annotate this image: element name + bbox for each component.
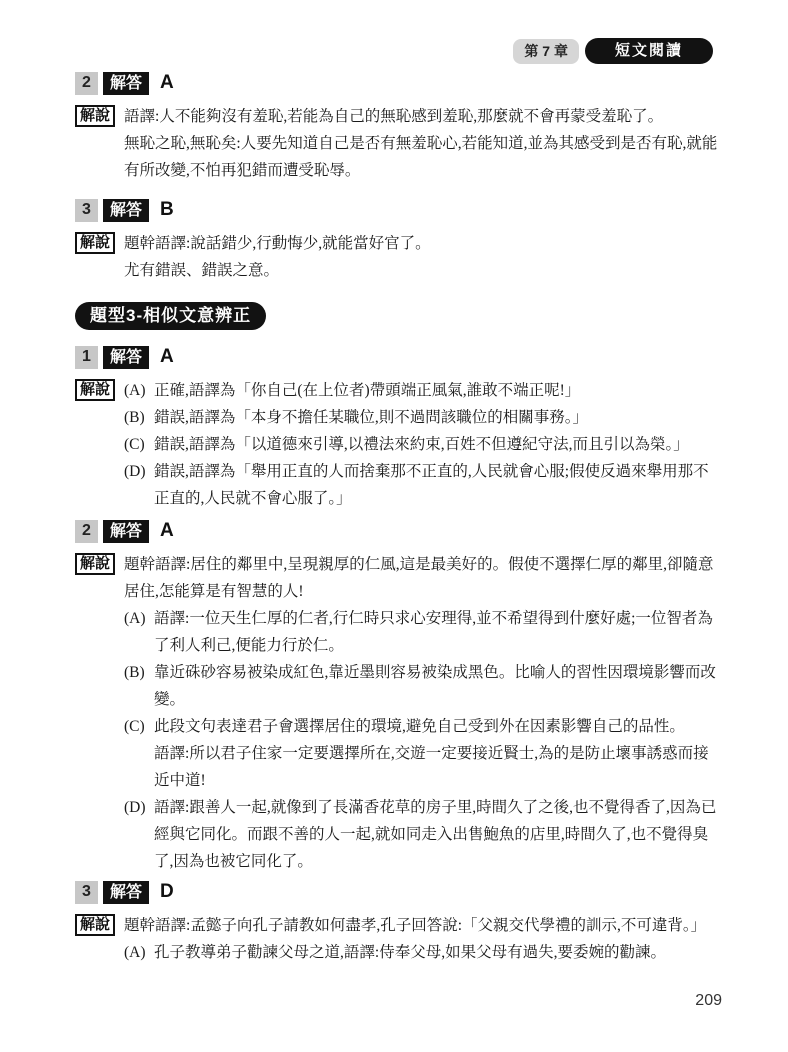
paragraph: 無恥之恥,無恥矣:人要先知道自己是否有無羞恥心,若能知道,並為其感受到是否有恥,… [124,130,718,184]
type3-question-2-explanation: 解說 題幹語譯:居住的鄰里中,呈現親厚的仁風,這是最美好的。假使不選擇仁厚的鄰里… [75,551,718,875]
paragraph: 尤有錯誤、錯誤之意。 [124,257,718,284]
option-text: 語譯:一位天生仁厚的仁者,行仁時只求心安理得,並不希望得到什麼好處;一位智者為了… [154,610,713,654]
option-a: (A)孔子教導弟子勸諫父母之道,語譯:侍奉父母,如果父母有過失,要委婉的勸諫。 [124,939,718,966]
type3-question-3-explanation: 解說 題幹語譯:孟懿子向孔子請教如何盡孝,孔子回答說:「父親交代學禮的訓示,不可… [75,912,718,966]
question-2-explanation: 解說 語譯:人不能夠沒有羞恥,若能為自己的無恥感到羞恥,那麼就不會再蒙受羞恥了。… [75,103,718,184]
option-marker: (C) [124,713,154,740]
option-marker: (D) [124,458,154,485]
stem-translation: 題幹語譯:居住的鄰里中,呈現親厚的仁風,這是最美好的。假使不選擇仁厚的鄰里,卻隨… [124,551,718,605]
answer-label-badge: 解答 [103,72,149,95]
option-marker: (A) [124,605,154,632]
answer-letter: A [160,346,174,368]
option-c-sub-translation: 語譯:所以君子住家一定要選擇所在,交遊一定要接近賢士,為的是防止壞事誘惑而接近中… [124,740,718,794]
option-marker: (A) [124,939,154,966]
answer-letter: D [160,881,174,903]
answer-letter: B [160,199,174,221]
question-number-badge: 2 [75,520,98,543]
explanation-label: 解說 [75,553,115,575]
option-text: 靠近硃砂容易被染成紅色,靠近墨則容易被染成黑色。比喻人的習性因環境影響而改變。 [154,664,716,708]
option-marker: (D) [124,794,154,821]
question-number-badge: 3 [75,881,98,904]
option-marker: (B) [124,404,154,431]
question-2-answer-row: 2 解答 A [75,71,718,95]
question-number-badge: 1 [75,346,98,369]
question-3-explanation: 解說 題幹語譯:說話錯少,行動悔少,就能當好官了。 尤有錯誤、錯誤之意。 [75,230,718,284]
answer-label-badge: 解答 [103,199,149,222]
option-b: (B)錯誤,語譯為「本身不擔任某職位,則不過問該職位的相關事務。」 [124,404,718,431]
option-marker: (A) [124,377,154,404]
option-text: 錯誤,語譯為「舉用正直的人而捨棄那不正直的,人民就會心服;假使反過來舉用那不正直… [154,463,709,507]
question-number-badge: 3 [75,199,98,222]
answer-label-badge: 解答 [103,520,149,543]
explanation-label: 解說 [75,379,115,401]
option-b: (B)靠近硃砂容易被染成紅色,靠近墨則容易被染成黑色。比喻人的習性因環境影響而改… [124,659,718,713]
answer-label-badge: 解答 [103,346,149,369]
option-text: 語譯:跟善人一起,就像到了長滿香花草的房子里,時間久了之後,也不覺得香了,因為已… [154,799,716,870]
question-number-badge: 2 [75,72,98,95]
explanation-text: 題幹語譯:說話錯少,行動悔少,就能當好官了。 尤有錯誤、錯誤之意。 [124,230,718,284]
type3-question-1-answer-row: 1 解答 A [75,345,718,369]
explanation-label: 解說 [75,914,115,936]
answer-letter: A [160,520,174,542]
stem-translation: 題幹語譯:孟懿子向孔子請教如何盡孝,孔子回答說:「父親交代學禮的訓示,不可違背。… [124,912,718,939]
option-text: 此段文句表達君子會選擇居住的環境,避免自己受到外在因素影響自己的品性。 [154,718,685,735]
answer-label-badge: 解答 [103,881,149,904]
paragraph: 題幹語譯:說話錯少,行動悔少,就能當好官了。 [124,230,718,257]
explanation-text: 語譯:人不能夠沒有羞恥,若能為自己的無恥感到羞恥,那麼就不會再蒙受羞恥了。 無恥… [124,103,718,184]
question-3-answer-row: 3 解答 B [75,198,718,222]
explanation-text: 題幹語譯:居住的鄰里中,呈現親厚的仁風,這是最美好的。假使不選擇仁厚的鄰里,卻隨… [124,551,718,875]
explanation-label: 解說 [75,232,115,254]
option-marker: (B) [124,659,154,686]
type3-question-1-explanation: 解說 (A)正確,語譯為「你自己(在上位者)帶頭端正風氣,誰敢不端正呢!」 (B… [75,377,718,512]
option-c: (C)錯誤,語譯為「以道德來引導,以禮法來約束,百姓不但遵紀守法,而且引以為榮。… [124,431,718,458]
page-number: 209 [695,992,722,1010]
option-d: (D)語譯:跟善人一起,就像到了長滿香花草的房子里,時間久了之後,也不覺得香了,… [124,794,718,875]
explanation-text: 題幹語譯:孟懿子向孔子請教如何盡孝,孔子回答說:「父親交代學禮的訓示,不可違背。… [124,912,718,966]
option-text: 錯誤,語譯為「本身不擔任某職位,則不過問該職位的相關事務。」 [154,409,588,426]
section-title-pill: 題型3-相似文意辨正 [75,302,266,330]
option-a: (A)正確,語譯為「你自己(在上位者)帶頭端正風氣,誰敢不端正呢!」 [124,377,718,404]
option-marker: (C) [124,431,154,458]
option-text: 孔子教導弟子勸諫父母之道,語譯:侍奉父母,如果父母有過失,要委婉的勸諫。 [154,944,666,961]
option-text: 錯誤,語譯為「以道德來引導,以禮法來約束,百姓不但遵紀守法,而且引以為榮。」 [154,436,689,453]
type3-question-2-answer-row: 2 解答 A [75,519,718,543]
explanation-text: (A)正確,語譯為「你自己(在上位者)帶頭端正風氣,誰敢不端正呢!」 (B)錯誤… [124,377,718,512]
paragraph: 語譯:人不能夠沒有羞恥,若能為自己的無恥感到羞恥,那麼就不會再蒙受羞恥了。 [124,103,718,130]
book-page: 第 7 章 短文閱讀 2 解答 A 解說 語譯:人不能夠沒有羞恥,若能為自己的無… [0,0,788,1052]
answer-letter: A [160,72,174,94]
explanation-label: 解說 [75,105,115,127]
option-text: 正確,語譯為「你自己(在上位者)帶頭端正風氣,誰敢不端正呢!」 [154,382,580,399]
type3-question-3-answer-row: 3 解答 D [75,880,718,904]
option-a: (A)語譯:一位天生仁厚的仁者,行仁時只求心安理得,並不希望得到什麼好處;一位智… [124,605,718,659]
page-content: 2 解答 A 解說 語譯:人不能夠沒有羞恥,若能為自己的無恥感到羞恥,那麼就不會… [75,0,718,966]
option-c: (C)此段文句表達君子會選擇居住的環境,避免自己受到外在因素影響自己的品性。 [124,713,718,740]
option-d: (D)錯誤,語譯為「舉用正直的人而捨棄那不正直的,人民就會心服;假使反過來舉用那… [124,458,718,512]
